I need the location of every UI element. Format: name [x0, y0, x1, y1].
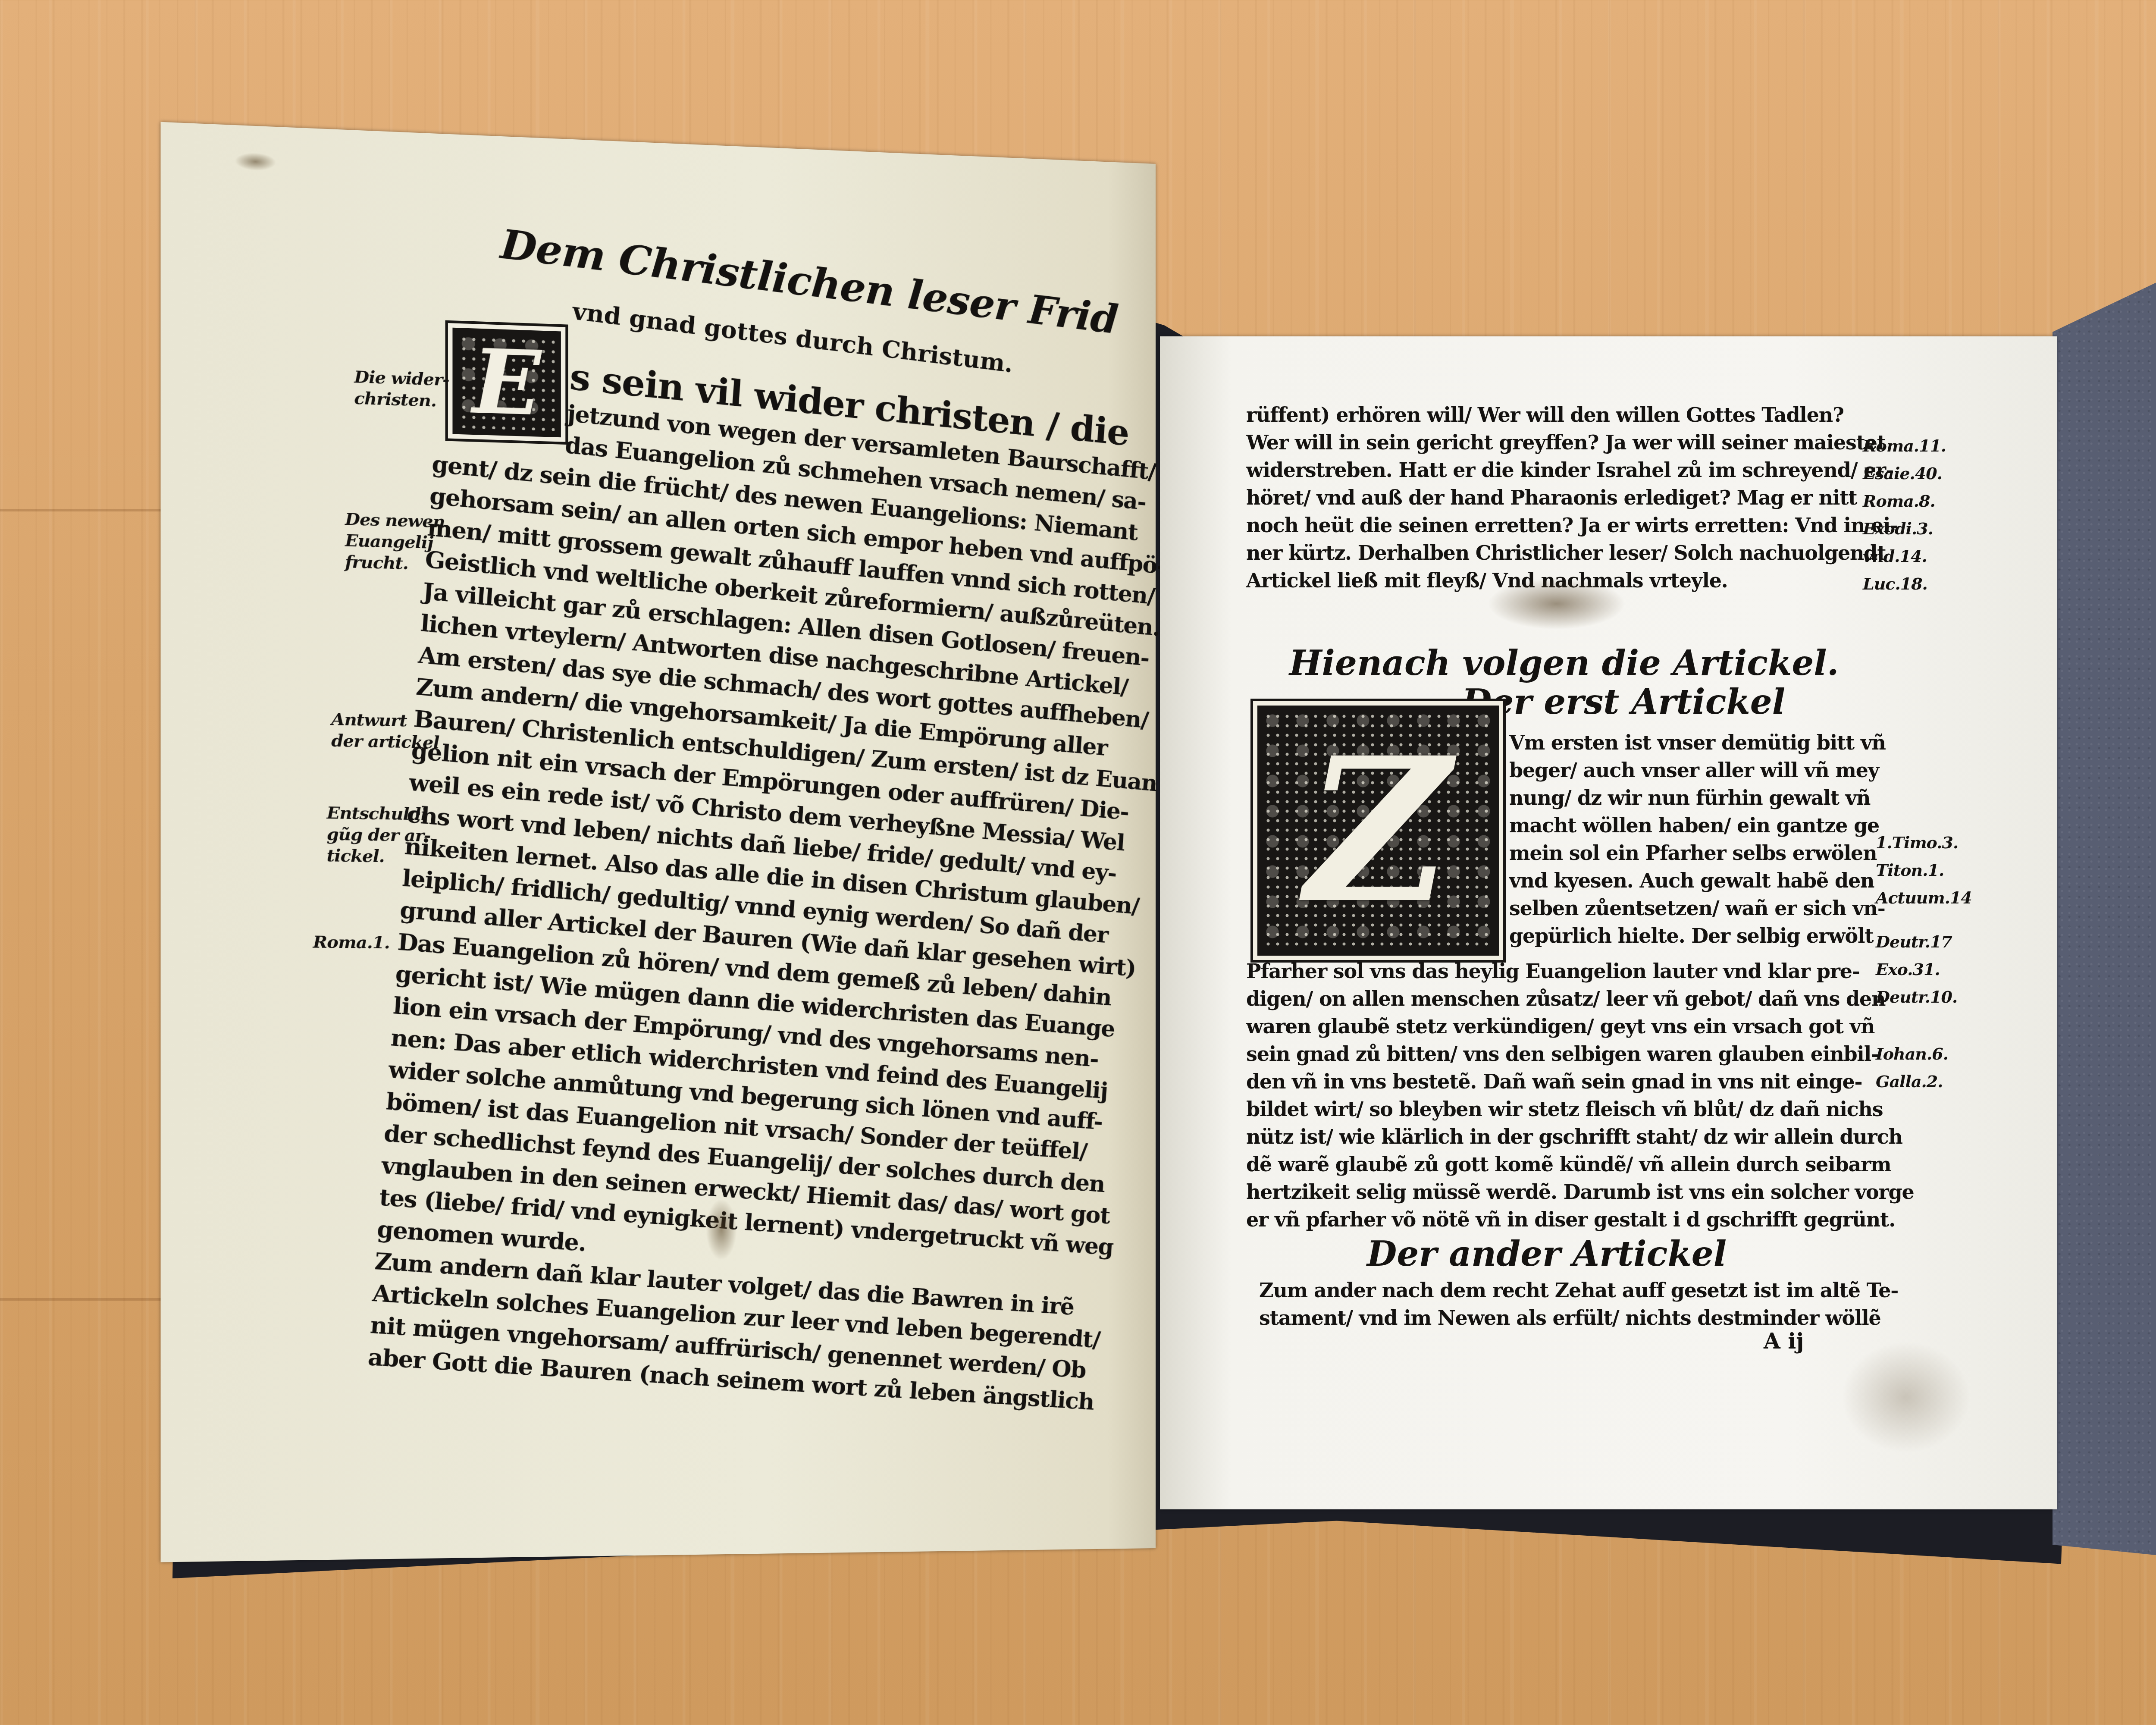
text-line: sein gnad zů bitten/ vns den selbigen wa… [1246, 1040, 1914, 1068]
margin-note: Die wider- christen. [354, 366, 449, 412]
text-line: nung/ dz wir nun fürhin gewalt vñ [1509, 784, 1886, 812]
text-line: vnd kyesen. Auch gewalt habẽ den [1509, 867, 1886, 894]
margin-note: Deutr.17 [1876, 931, 1952, 952]
margin-note: Antwurt der artickel [331, 709, 439, 753]
margin-note: Exo.31. [1876, 959, 1940, 980]
text-line: stament/ vnd im Newen als erfült/ nichts… [1259, 1304, 1898, 1332]
text-line: mein sol ein Pfarher selbs erwölen [1509, 839, 1886, 867]
text-line: er vñ pfarher võ nötẽ vñ in diser gestal… [1246, 1206, 1914, 1233]
margin-note: Exodi.3. [1863, 518, 1933, 539]
text-line: selben zůentsetzen/ wañ er sich vn- [1509, 894, 1886, 922]
margin-note: Entschuldi gũg der ar- tickel. [327, 802, 431, 868]
margin-note: Roma.8. [1863, 491, 1935, 511]
margin-note: vnd.14. [1863, 546, 1927, 567]
text-line: noch heüt die seinen erretten? Ja er wir… [1246, 511, 1898, 539]
text-line: gepürlich hielte. Der selbig erwölt [1509, 922, 1886, 950]
margin-note: Des newen Euangelij frucht. [345, 508, 445, 575]
water-stain [1488, 578, 1626, 630]
margin-note: 1.Timo.3. [1876, 832, 1958, 853]
margin-note: Roma.1. [313, 931, 390, 953]
heading-second-article: Der ander Artickel [1367, 1233, 1727, 1274]
ink-stain [706, 1199, 737, 1261]
right-page-intro: rüffent) erhören will/ Wer will den will… [1246, 401, 1898, 594]
margin-note: Deutr.10. [1876, 987, 1957, 1007]
article1-beside-initial: Vm ersten ist vnser demütig bitt vñ bege… [1509, 729, 1886, 950]
text-line: Zum ander nach dem recht Zehat auff gese… [1259, 1276, 1898, 1304]
text-line: beger/ auch vnser aller will vñ mey [1509, 756, 1886, 784]
margin-note: Roma.11. [1863, 436, 1946, 456]
text-line: Wer will in sein gericht greyffen? Ja we… [1246, 429, 1898, 456]
margin-note: Iohan.6. [1876, 1044, 1948, 1064]
text-line: ner kürtz. Derhalben Christlicher leser/… [1246, 539, 1898, 567]
text-line: bildet wirt/ so bleyben wir stetz fleisc… [1246, 1095, 1914, 1123]
article2-body: Zum ander nach dem recht Zehat auff gese… [1259, 1276, 1898, 1332]
left-page-body: s sein vil wider christen / die jetzund … [367, 342, 1182, 1419]
foxing-stain [1841, 1341, 1971, 1453]
text-line: nütz ist/ wie klärlich in der gschrifft … [1246, 1123, 1914, 1151]
text-line: rüffent) erhören will/ Wer will den will… [1246, 401, 1898, 429]
gray-felt-flap [2053, 177, 2156, 1587]
text-line: waren glaubẽ stetz verkündigen/ geyt vns… [1246, 1013, 1914, 1040]
margin-note: Luc.18. [1863, 574, 1927, 594]
margin-note: Esaie.40. [1863, 463, 1942, 484]
margin-note: Titon.1. [1876, 860, 1944, 881]
text-line: den vñ in vns bestetẽ. Dañ wañ sein gnad… [1246, 1068, 1914, 1095]
signature-mark: A ij [1764, 1328, 1804, 1354]
text-line: hertzikeit selig müssẽ werdẽ. Darumb ist… [1246, 1178, 1914, 1206]
text-line: widerstreben. Hatt er die kinder Israhel… [1246, 456, 1898, 484]
right-page: rüffent) erhören will/ Wer will den will… [1160, 336, 2057, 1509]
decorated-initial-letter: Z [1250, 699, 1506, 963]
text-line: Pfarher sol vns das heylig Euangelion la… [1246, 957, 1914, 985]
text-line: Vm ersten ist vnser demütig bitt vñ [1509, 729, 1886, 756]
margin-note: Galla.2. [1876, 1071, 1943, 1092]
text-line: höret/ vnd auß der hand Pharaonis erledi… [1246, 484, 1898, 511]
heading-articles-follow: Hienach volgen die Artickel. [1289, 643, 1839, 683]
ink-stain [235, 152, 276, 171]
text-line: digen/ on allen menschen zůsatz/ leer vñ… [1246, 985, 1914, 1013]
heading-first-article: Der erst Artickel [1462, 681, 1785, 722]
text-line: macht wöllen haben/ ein gantze ge [1509, 812, 1886, 839]
left-page: Dem Christlichen leser Frid vnd gnad got… [161, 122, 1156, 1562]
article1-body: Pfarher sol vns das heylig Euangelion la… [1246, 957, 1914, 1233]
text-line: dẽ warẽ glaubẽ zů gott komẽ kündẽ/ vñ al… [1246, 1151, 1914, 1178]
margin-note: Actuum.14 [1876, 888, 1972, 908]
